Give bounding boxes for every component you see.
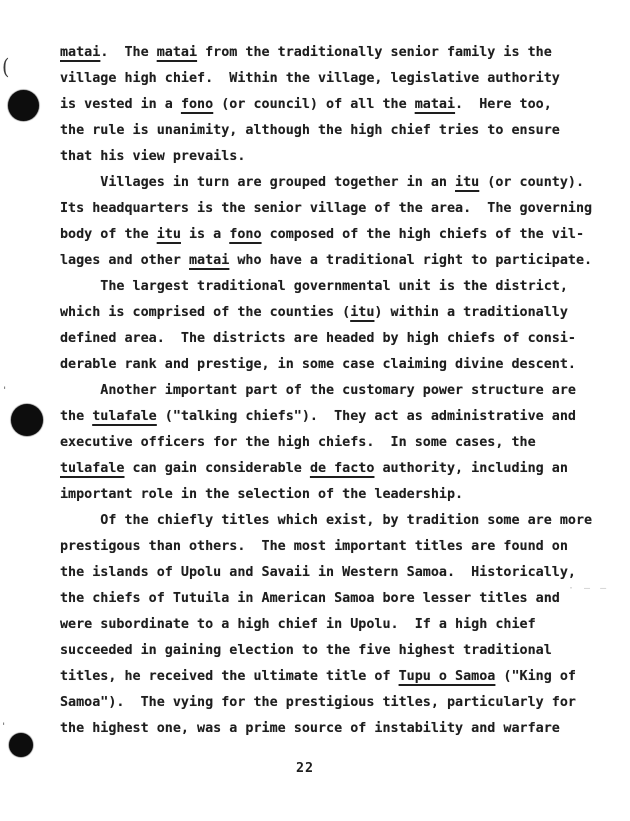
underlined-term: fono [229, 227, 261, 242]
text-line: titles, he received the ultimate title o… [60, 664, 600, 690]
underlined-term: Tupu o Samoa [399, 669, 496, 684]
underlined-term: matai [189, 253, 229, 268]
paragraph: Another important part of the customary … [60, 378, 600, 508]
text-line: is vested in a fono (or council) of all … [60, 92, 600, 118]
text-line: the chiefs of Tutuila in American Samoa … [60, 586, 600, 612]
underlined-term: de facto [310, 461, 375, 476]
text-line: Another important part of the customary … [60, 378, 600, 404]
text-line: which is comprised of the counties (itu)… [60, 300, 600, 326]
document-body: matai. The matai from the traditionally … [60, 40, 600, 742]
text-line: that his view prevails. [60, 144, 600, 170]
text-line: defined area. The districts are headed b… [60, 326, 600, 352]
text-line: matai. The matai from the traditionally … [60, 40, 600, 66]
text-line: body of the itu is a fono composed of th… [60, 222, 600, 248]
text-line: lages and other matai who have a traditi… [60, 248, 600, 274]
text-line: Samoa"). The vying for the prestigious t… [60, 690, 600, 716]
text-line: executive officers for the high chiefs. … [60, 430, 600, 456]
text-line: the tulafale ("talking chiefs"). They ac… [60, 404, 600, 430]
underlined-term: tulafale [92, 409, 157, 424]
text-line: important role in the selection of the l… [60, 482, 600, 508]
paragraph: The largest traditional governmental uni… [60, 274, 600, 378]
text-line: the rule is unanimity, although the high… [60, 118, 600, 144]
underlined-term: tulafale [60, 461, 125, 476]
text-line: Of the chiefly titles which exist, by tr… [60, 508, 600, 534]
paragraph: matai. The matai from the traditionally … [60, 40, 600, 170]
stray-tick-mark: ' [2, 386, 7, 396]
underlined-term: itu [350, 305, 374, 320]
underlined-term: itu [455, 175, 479, 190]
text-line: village high chief. Within the village, … [60, 66, 600, 92]
text-line: the highest one, was a prime source of i… [60, 716, 600, 742]
underlined-term: matai [415, 97, 455, 112]
text-line: derable rank and prestige, in some case … [60, 352, 600, 378]
underlined-term: fono [181, 97, 213, 112]
text-line: tulafale can gain considerable de facto … [60, 456, 600, 482]
text-line: The largest traditional governmental uni… [60, 274, 600, 300]
stray-paren-mark: ( [2, 54, 9, 79]
stray-tick-mark: ' [1, 722, 6, 732]
text-line: were subordinate to a high chief in Upol… [60, 612, 600, 638]
punch-hole-mark [8, 90, 39, 121]
underlined-term: matai [157, 45, 197, 60]
text-line: the islands of Upolu and Savaii in Weste… [60, 560, 600, 586]
underlined-term: matai [60, 45, 100, 60]
scanned-document-page: ( ' ' matai. The matai from the traditio… [0, 0, 630, 821]
paragraph: Villages in turn are grouped together in… [60, 170, 600, 274]
paragraph: Of the chiefly titles which exist, by tr… [60, 508, 600, 742]
text-line: succeeded in gaining election to the fiv… [60, 638, 600, 664]
page-number: 22 [60, 761, 550, 776]
faint-dash-marks: · – — [568, 583, 608, 594]
punch-hole-mark [11, 404, 43, 436]
text-line: prestigous than others. The most importa… [60, 534, 600, 560]
text-line: Villages in turn are grouped together in… [60, 170, 600, 196]
text-line: Its headquarters is the senior village o… [60, 196, 600, 222]
punch-hole-mark [9, 733, 33, 757]
underlined-term: itu [157, 227, 181, 242]
